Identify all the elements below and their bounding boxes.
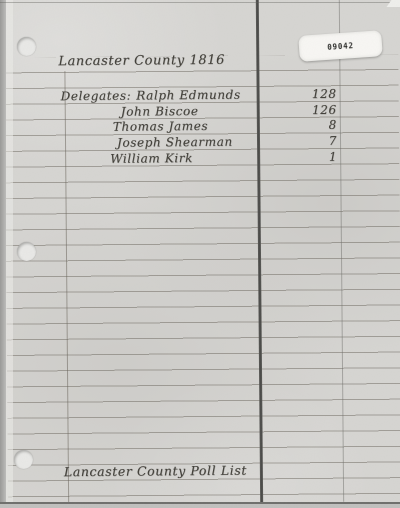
paper-left-edge xyxy=(6,0,13,508)
vote-count: 8 xyxy=(299,118,337,134)
vote-count: 126 xyxy=(299,102,337,118)
vote-count: 1 xyxy=(299,150,337,166)
hole-punch-middle xyxy=(17,242,36,261)
hole-punch-top xyxy=(17,37,36,56)
delegate-name: William Kirk xyxy=(110,151,193,167)
delegate-name: Ralph Edmunds xyxy=(136,88,241,103)
scanned-ledger-page: Lancaster County 1816 Delegates:Ralph Ed… xyxy=(0,0,400,508)
sticker-number: 09042 xyxy=(327,41,354,52)
delegate-vote-list: Delegates:Ralph Edmunds 128 John Biscoe … xyxy=(0,86,399,168)
paper-sheet: Lancaster County 1816 Delegates:Ralph Ed… xyxy=(0,0,400,508)
scan-bottom-edge xyxy=(0,504,400,508)
scan-top-edge-line xyxy=(0,2,400,3)
hole-punch-bottom xyxy=(14,450,33,469)
footer-title: Lancaster County Poll List xyxy=(64,463,247,480)
vote-count: 128 xyxy=(299,87,337,103)
delegate-name: Joseph Shearman xyxy=(117,135,233,152)
delegate-name: Thomas James xyxy=(113,119,208,136)
delegate-name: John Biscoe xyxy=(121,104,199,120)
delegates-label: Delegates: xyxy=(61,89,132,104)
page-title: Lancaster County 1816 xyxy=(58,53,225,69)
vote-count: 7 xyxy=(299,134,337,150)
